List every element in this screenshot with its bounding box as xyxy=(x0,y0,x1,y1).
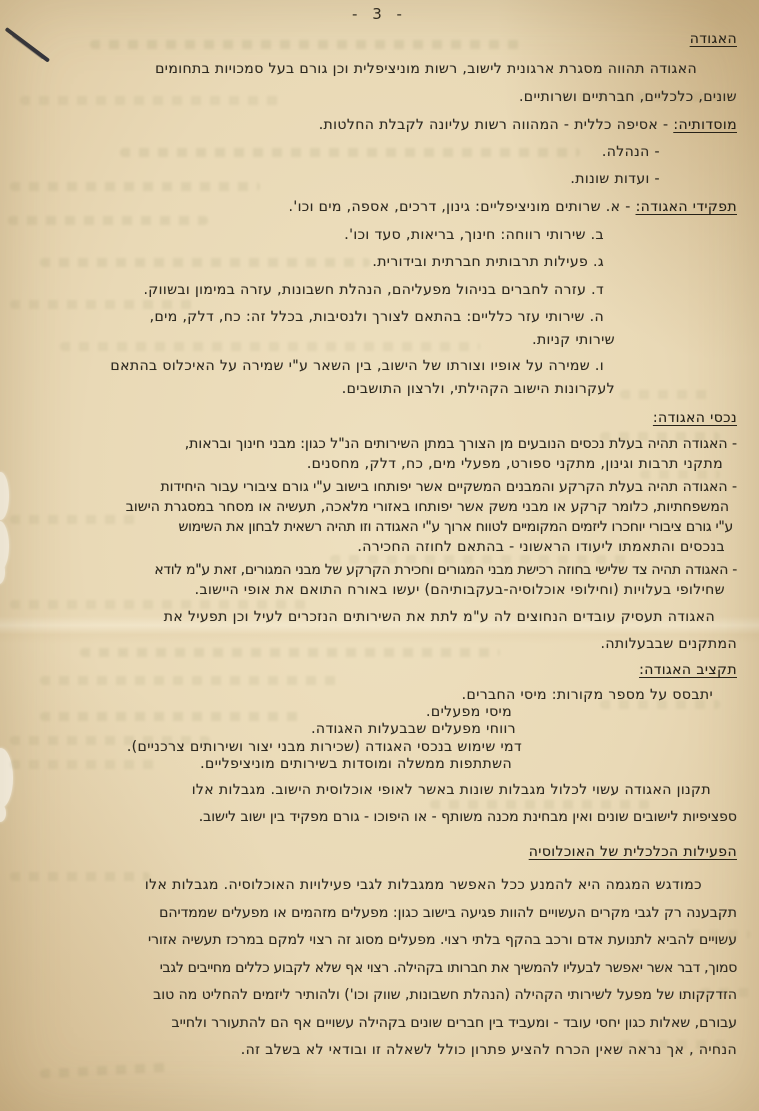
text-line: עבורם, שאלות כגון יחסי עובד - ומעביד בין… xyxy=(172,1013,737,1033)
text-line: ג. פעילות תרבותית חברתית ובידורית. xyxy=(372,252,604,272)
bleed-through-mark xyxy=(60,342,480,351)
bleed-through-mark xyxy=(8,216,208,225)
text-line: עשויים להביא לתנועת אדם ורכב בהקף בלתי ר… xyxy=(148,930,737,950)
institutions-line: מוסדותיה: - אסיפה כללית - המהווה רשות על… xyxy=(319,115,737,135)
heading-budget: תקציב האגודה: xyxy=(639,660,737,680)
heading-assets: נכסי האגודה: xyxy=(653,408,737,428)
paper-hole xyxy=(0,804,6,822)
bleed-through-mark xyxy=(40,712,300,721)
text-line: ו. שמירה על אופיו וצורתו של הישוב, בין ה… xyxy=(110,356,604,376)
paper-hole xyxy=(0,521,9,571)
bleed-through-mark xyxy=(40,1063,170,1079)
bleed-through-mark xyxy=(10,872,150,881)
text-line: לעקרונות הישוב הקהילתי, ולרצון התושבים. xyxy=(342,379,615,399)
text-line: מתקני תרבות וגינון, מתקני ספורט, מפעלי מ… xyxy=(307,454,723,474)
bleed-through-mark xyxy=(620,390,710,399)
text-line: בנכסים והתאמתו ליעודו הראשוני - בהתאם לח… xyxy=(357,537,725,557)
bleed-through-mark xyxy=(120,148,580,157)
text-line: הזדקקותו של מפעל לשירותי הקהילה (הנהלת ח… xyxy=(153,985,737,1005)
bleed-through-mark xyxy=(40,258,370,267)
text-line: שונים, כלכליים, חברתיים ושרותיים. xyxy=(519,87,737,107)
paper-hole xyxy=(0,748,13,808)
text-line: ד. עזרה לחברים בניהול מפעליהם, הנהלת חשב… xyxy=(143,280,604,300)
scanned-document-page: - 3 - האגודה האגודה תהווה מסגרת ארגונית … xyxy=(0,0,759,1111)
text-line: רווחי מפעלים שבבעלות האגודה. xyxy=(311,719,516,739)
roles-line: תפקידי האגודה: - א. שרותים מוניציפליים: … xyxy=(288,197,737,217)
bleed-through-mark xyxy=(10,515,140,524)
bleed-through-mark xyxy=(80,648,500,657)
bleed-through-mark xyxy=(20,96,280,105)
institutions-label: מוסדותיה: xyxy=(673,117,737,133)
roles-label: תפקידי האגודה: xyxy=(636,199,737,215)
text-line: הנחיה , אך נראה שאין הכרח להציע פתרון כו… xyxy=(241,1040,737,1060)
text-line: ה. שירותי עזר כלליים: בהתאם לצורך ולנסיב… xyxy=(150,307,604,327)
bleed-through-mark xyxy=(10,182,260,191)
bleed-through-mark xyxy=(10,760,160,769)
institutions-first-item: - אסיפה כללית - המהווה רשות עליונה לקבלת… xyxy=(319,117,674,133)
paper-hole xyxy=(0,472,9,520)
text-line: המשפחתיות, כלומר קרקע או מבני משק אשר יפ… xyxy=(126,497,729,517)
text-line: שחילופי בעלויות (וחילופי אוכלוסיה-בעקבות… xyxy=(195,580,725,600)
text-line: שירותי קניות. xyxy=(532,330,615,350)
text-line: השתתפות ממשלה ומוסדות בשירותים מוניציפלי… xyxy=(200,754,512,774)
pen-mark xyxy=(5,27,51,63)
text-line: כמודגש המגמה היא להמנע ככל האפשר ממגבלות… xyxy=(145,875,702,895)
text-line: המתקנים שבבעלותה. xyxy=(600,634,737,654)
text-line: תקבענה רק לגבי מקרים העשויים להוות פגיעה… xyxy=(159,903,737,923)
paper-hole xyxy=(0,560,5,584)
text-line: - האגודה תהיה בעלת הקרקע והמבנים המשקיים… xyxy=(160,477,737,497)
bleed-through-mark xyxy=(90,40,520,49)
text-line: ב. שירותי רווחה: חינוך, בריאות, סעד וכו'… xyxy=(344,225,604,245)
text-line: - הנהלה. xyxy=(602,142,660,162)
page-number: - 3 - xyxy=(0,5,759,23)
text-line: - האגודה תהיה בעלת נכסים הנובעים מן הצור… xyxy=(185,434,737,454)
roles-first-item: - א. שרותים מוניציפליים: גינון, דרכים, א… xyxy=(288,199,635,215)
heading-association: האגודה xyxy=(690,29,737,49)
heading-economy: הפעילות הכלכלית של האוכלוסיה xyxy=(529,842,737,862)
text-line: ע"י גורם ציבורי יוחכרו ליזמים המקומיים ל… xyxy=(178,517,733,537)
text-line: האגודה תהווה מסגרת ארגונית לישוב, רשות מ… xyxy=(155,59,697,79)
bleed-through-mark xyxy=(40,676,340,685)
text-line: - ועדות שונות. xyxy=(570,169,660,189)
text-line: האגודה תעסיק עובדים הנחוצים לה ע"מ לתת א… xyxy=(164,607,715,627)
pen-mark-echo xyxy=(12,35,44,59)
text-line: ספציפיות לישובים שונים ואין מבחינת מכנה … xyxy=(199,807,737,827)
text-line: סמוך, דבר אשר יאפשר לבעליו להמשיך את חבר… xyxy=(160,958,737,978)
text-line: תקנון האגודה עשוי לכלול מגבלות שונות באש… xyxy=(192,780,711,800)
text-line: - האגודה תהיה צד שלישי בחוזה רכישת מבני … xyxy=(154,560,737,580)
